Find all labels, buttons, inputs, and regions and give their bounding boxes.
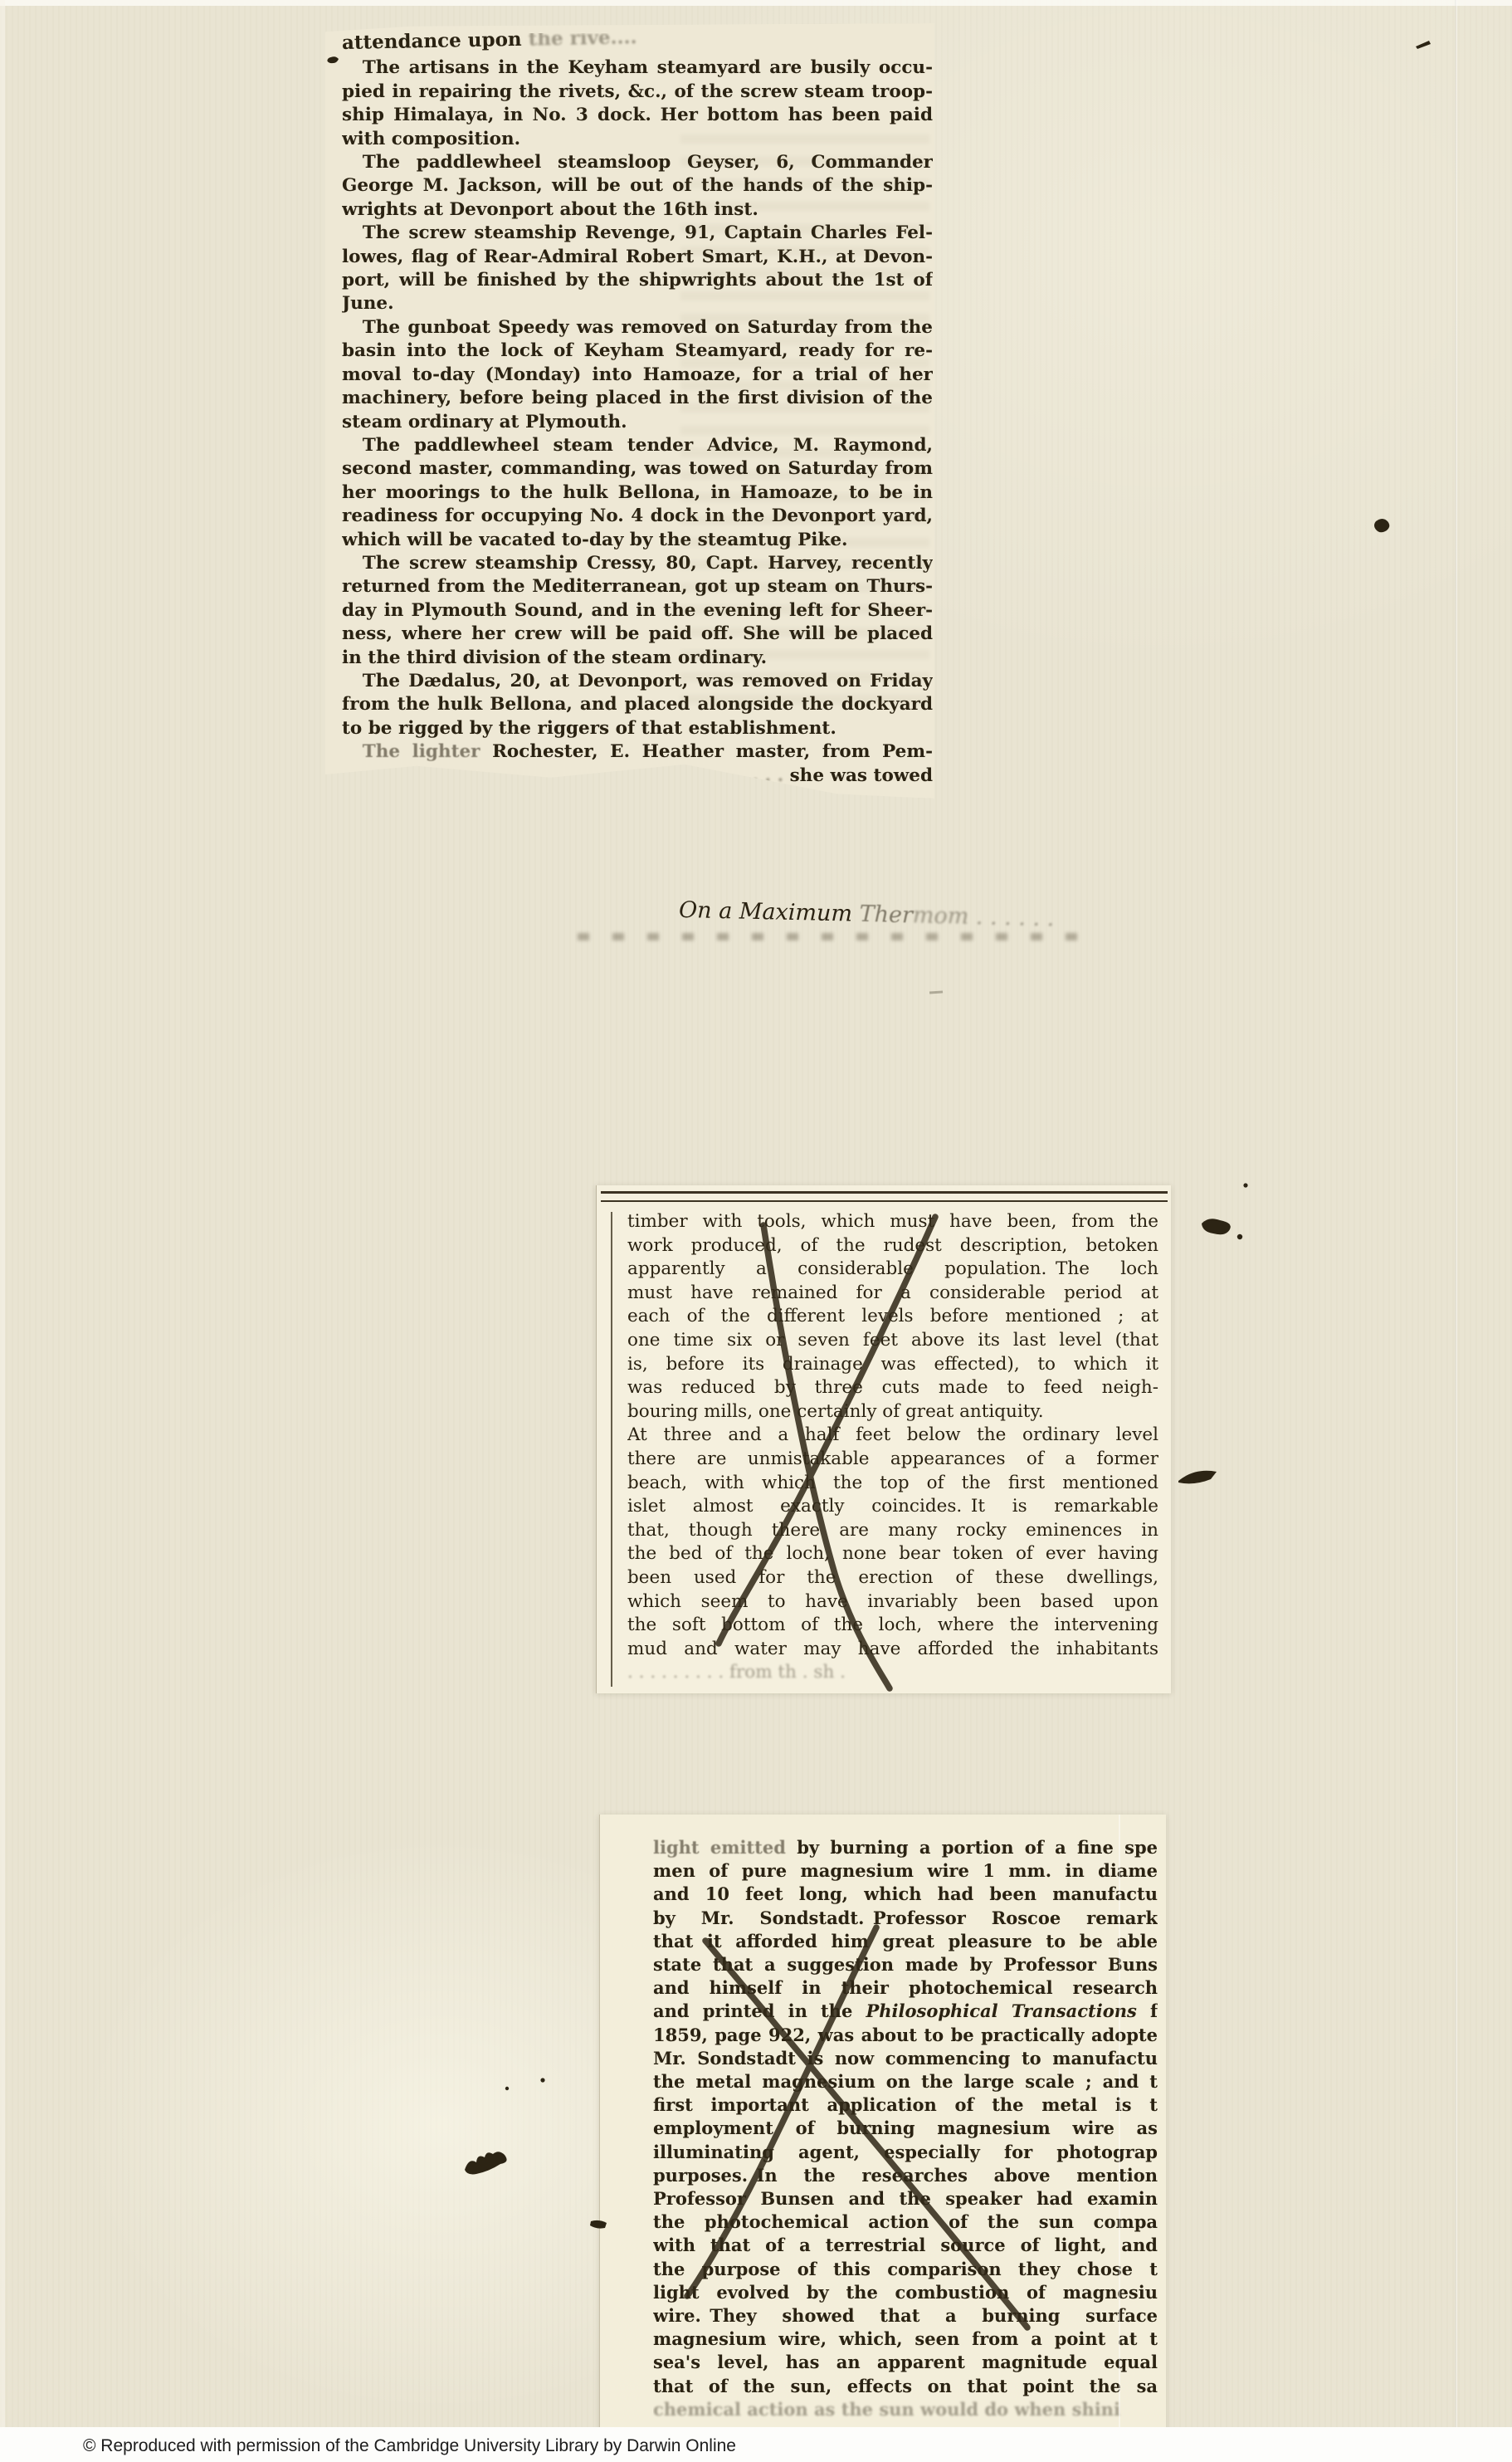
print-line: that, though there are many rocky eminen… <box>627 1519 1158 1543</box>
print-run: been used for the erection of these dwel… <box>627 1567 1158 1588</box>
print-line: the bed of the loch, none bear token of … <box>627 1542 1158 1566</box>
print-run: mud and water may have afforded the inha… <box>627 1639 1158 1659</box>
scan-edge-top <box>0 0 1512 6</box>
copyright-footer: © Reproduced with permission of the Camb… <box>0 2427 1512 2462</box>
print-line: employment of burning magnesium wire as <box>653 2117 1158 2140</box>
print-run: that of the sun, effects on that point t… <box>653 2376 1158 2396</box>
print-run: with that of a terrestrial source of lig… <box>653 2235 1158 2255</box>
print-run: magnesium wire, which, seen from a point… <box>653 2328 1158 2349</box>
print-line: men of pure magnesium wire 1 mm. in diam… <box>653 1859 1158 1883</box>
print-run: beach, with which the top of the first m… <box>627 1473 1158 1493</box>
clipping-naval-news: attendance upon the rive....The artisans… <box>325 23 934 799</box>
print-run: employment of burning magnesium wire as <box>653 2118 1158 2138</box>
print-run: the soft bottom of the loch, where the i… <box>627 1614 1158 1635</box>
print-line: there are unmistakable appearances of a … <box>627 1448 1158 1472</box>
print-run: one time six or seven feet above its las… <box>627 1330 1158 1351</box>
print-run: the purpose of this comparison they chos… <box>653 2259 1158 2279</box>
print-line: light emitted by burning a portion of a … <box>653 1836 1158 1859</box>
print-run: . . . . <box>740 765 790 786</box>
print-line: pied in repairing the rivets, &c., of th… <box>342 81 933 104</box>
column-left-rule <box>611 1212 612 1687</box>
clipping-crease <box>1119 1815 1120 2439</box>
print-line: At three and a half feet below the ordin… <box>627 1424 1158 1448</box>
print-run: each of the different levels before ment… <box>627 1306 1158 1326</box>
print-run: there are unmistakable appearances of a … <box>627 1448 1158 1469</box>
print-run: state that a suggestion made by Professo… <box>653 1954 1158 1975</box>
print-run: was reduced by three cuts made to feed n… <box>627 1377 1158 1398</box>
print-run: Professor Bunsen and the speaker had exa… <box>653 2188 1158 2209</box>
print-line: and himself in their photochemical resea… <box>653 1976 1158 2000</box>
print-run: and printed in the <box>653 2000 866 2021</box>
print-line: to be rigged by the riggers of that esta… <box>342 717 933 740</box>
ink-speck <box>505 2087 509 2090</box>
scan-edge-left <box>0 0 5 2462</box>
print-run: wire. They showed that a burning surface <box>653 2305 1158 2326</box>
print-run: sea's level, has an apparent magnitude e… <box>653 2352 1158 2372</box>
print-line: and 10 feet long, which had been manufac… <box>653 1883 1158 1906</box>
print-run: by burning a portion of a fine spe <box>786 1837 1158 1858</box>
print-line: the metal magnesium on the large scale ;… <box>653 2070 1158 2093</box>
print-run: steam ordinary at Plymouth. <box>342 412 627 432</box>
print-line: each of the different levels before ment… <box>627 1305 1158 1329</box>
print-run: At three and a half feet below the ordin… <box>627 1424 1158 1445</box>
print-line: state that a suggestion made by Professo… <box>653 1953 1158 1976</box>
page-crease <box>1455 0 1457 2462</box>
print-run: The artisans in the Keyham steamyard are… <box>363 57 933 78</box>
print-line: was reduced by three cuts made to feed n… <box>627 1376 1158 1400</box>
print-run: Mr. Sondstadt is now commencing to manuf… <box>653 2048 1158 2069</box>
print-run: illuminating agent, especially for photo… <box>653 2142 1158 2162</box>
copyright-text: © Reproduced with permission of the Camb… <box>0 2436 736 2455</box>
print-line: been used for the erection of these dwel… <box>627 1566 1158 1590</box>
print-line: 1859, page 922, was about to be practica… <box>653 2024 1158 2047</box>
print-run: chemical action as the sun would do when… <box>653 2399 1120 2420</box>
print-run: The lighter <box>363 741 480 762</box>
print-line: Professor Bunsen and the speaker had exa… <box>653 2187 1158 2210</box>
print-run: apparently a considerable population. Th… <box>627 1258 1158 1279</box>
print-line: bouring mills, one certainly of great an… <box>627 1400 1158 1424</box>
print-line: must have remained for a considerable pe… <box>627 1282 1158 1306</box>
heading-smear <box>578 933 1100 940</box>
print-line: magnesium wire, which, seen from a point… <box>653 2328 1158 2351</box>
print-run: is, before its drainage was effected), t… <box>627 1354 1158 1375</box>
print-line: that it afforded him great pleasure to b… <box>653 1930 1158 1953</box>
print-run: . . . . . . <box>968 904 1055 931</box>
print-run: Ther <box>859 901 913 928</box>
print-run: timber with tools, which must have been,… <box>627 1211 1158 1232</box>
print-run: to be rigged by the riggers of that esta… <box>342 718 836 739</box>
print-bleed-through <box>680 123 929 704</box>
print-line: The artisans in the Keyham steamyard are… <box>342 56 933 80</box>
print-run: she was towed <box>790 765 933 786</box>
print-line: that of the sun, effects on that point t… <box>653 2375 1158 2398</box>
print-run: men of pure magnesium wire 1 mm. in diam… <box>653 1860 1158 1881</box>
print-run: purposes. In the researches above mentio… <box>653 2165 1158 2186</box>
column-double-rule <box>601 1191 1168 1202</box>
print-line: with that of a terrestrial source of lig… <box>653 2234 1158 2257</box>
print-line: the photochemical action of the sun comp… <box>653 2210 1158 2234</box>
ink-flick <box>1178 1471 1217 1484</box>
print-line: . . . . . . . . . from th . sh . <box>627 1661 1158 1685</box>
print-run: the photochemical action of the sun comp… <box>653 2211 1158 2232</box>
clipping-magnesium-text: light emitted by burning a portion of a … <box>653 1836 1158 2421</box>
print-line: first important application of the metal… <box>653 2093 1158 2117</box>
print-run: and himself in their photochemical resea… <box>653 1977 1158 1998</box>
print-line: the purpose of this comparison they chos… <box>653 2258 1158 2281</box>
print-run: . . . . . . . . . from th . sh . <box>627 1662 846 1683</box>
print-line: is, before its drainage was effected), t… <box>627 1353 1158 1377</box>
print-line: the soft bottom of the loch, where the i… <box>627 1614 1158 1638</box>
print-line: mud and water may have afforded the inha… <box>627 1638 1158 1662</box>
print-run: bouring mills, one certainly of great an… <box>627 1401 1044 1422</box>
print-line: which seem to have invariably been based… <box>627 1590 1158 1614</box>
print-run: that, though there are many rocky eminen… <box>627 1520 1158 1541</box>
print-run: which seem to have invariably been based… <box>627 1591 1158 1612</box>
ink-blot <box>1374 519 1389 532</box>
print-run: light evolved by the combustion of magne… <box>653 2282 1158 2303</box>
ink-speck <box>1416 41 1431 49</box>
clipping-magnesium: light emitted by burning a portion of a … <box>599 1815 1166 2439</box>
print-line: The lighter Rochester, E. Heather master… <box>342 740 933 764</box>
print-line: apparently a considerable population. Th… <box>627 1258 1158 1282</box>
print-run: pied in repairing the rivets, &c., of th… <box>342 81 933 102</box>
print-line: illuminating agent, especially for photo… <box>653 2141 1158 2164</box>
print-line: light evolved by the combustion of magne… <box>653 2281 1158 2304</box>
print-line: timber with tools, which must have been,… <box>627 1210 1158 1234</box>
print-run: must have remained for a considerable pe… <box>627 1282 1158 1303</box>
print-run: attendance upon <box>342 33 529 54</box>
print-run: that it afforded him great pleasure to b… <box>653 1931 1158 1952</box>
print-run: with composition. <box>342 129 520 149</box>
ink-speck <box>540 2078 544 2082</box>
print-line: by Mr. Sondstadt. Professor Roscoe remar… <box>653 1907 1158 1930</box>
print-run: June. <box>342 293 394 314</box>
print-run: and 10 feet long, which had been manufac… <box>653 1883 1158 1904</box>
print-run: work produced, of the rudest description… <box>627 1235 1158 1256</box>
ink-speck <box>1243 1183 1247 1187</box>
print-line: one time six or seven feet above its las… <box>627 1329 1158 1353</box>
print-line: chemical action as the sun would do when… <box>653 2398 1158 2421</box>
print-line: Mr. Sondstadt is now commencing to manuf… <box>653 2047 1158 2070</box>
print-line: and printed in the Philosophical Transac… <box>653 2000 1158 2023</box>
heading-fragment: On a Maximum Thermom . . . . . . <box>679 897 1055 931</box>
print-line: work produced, of the rudest description… <box>627 1234 1158 1258</box>
clipping-loch-text: timber with tools, which must have been,… <box>627 1210 1158 1685</box>
ink-squiggle <box>465 2152 507 2174</box>
print-run: mom <box>913 902 969 930</box>
ink-speck <box>929 990 943 994</box>
print-run: islet almost exactly coincides. It is re… <box>627 1496 1158 1517</box>
scanned-archive-page: attendance upon the rive....The artisans… <box>0 0 1512 2462</box>
print-run: Rochester, E. Heather master, from Pem- <box>480 741 933 762</box>
print-run: 1859, page 922, was about to be practica… <box>653 2025 1158 2045</box>
print-run: the metal magnesium on the large scale ;… <box>653 2071 1158 2092</box>
print-line: attendance upon the rive.... <box>342 33 933 55</box>
print-run: f <box>1137 2000 1158 2021</box>
print-line: wire. They showed that a burning surface <box>653 2304 1158 2328</box>
print-line: islet almost exactly coincides. It is re… <box>627 1495 1158 1519</box>
clipping-loch-dwellings: timber with tools, which must have been,… <box>596 1185 1171 1693</box>
print-line: beach, with which the top of the first m… <box>627 1472 1158 1496</box>
print-line: sea's level, has an apparent magnitude e… <box>653 2351 1158 2374</box>
print-run: On a Maximum <box>679 897 860 927</box>
ink-blot <box>1202 1219 1231 1234</box>
print-run: Philosophical Transactions <box>866 2000 1136 2021</box>
ink-speck <box>1237 1234 1242 1239</box>
print-run: the bed of the loch, none bear token of … <box>627 1543 1158 1564</box>
print-run: light emitted <box>653 1837 786 1858</box>
print-run: first important application of the metal… <box>653 2094 1158 2115</box>
print-run: by Mr. Sondstadt. Professor Roscoe remar… <box>653 1908 1158 1928</box>
print-line: . . . . she was towed <box>342 764 933 788</box>
print-run: the rive.... <box>528 33 637 51</box>
print-line: purposes. In the researches above mentio… <box>653 2164 1158 2187</box>
